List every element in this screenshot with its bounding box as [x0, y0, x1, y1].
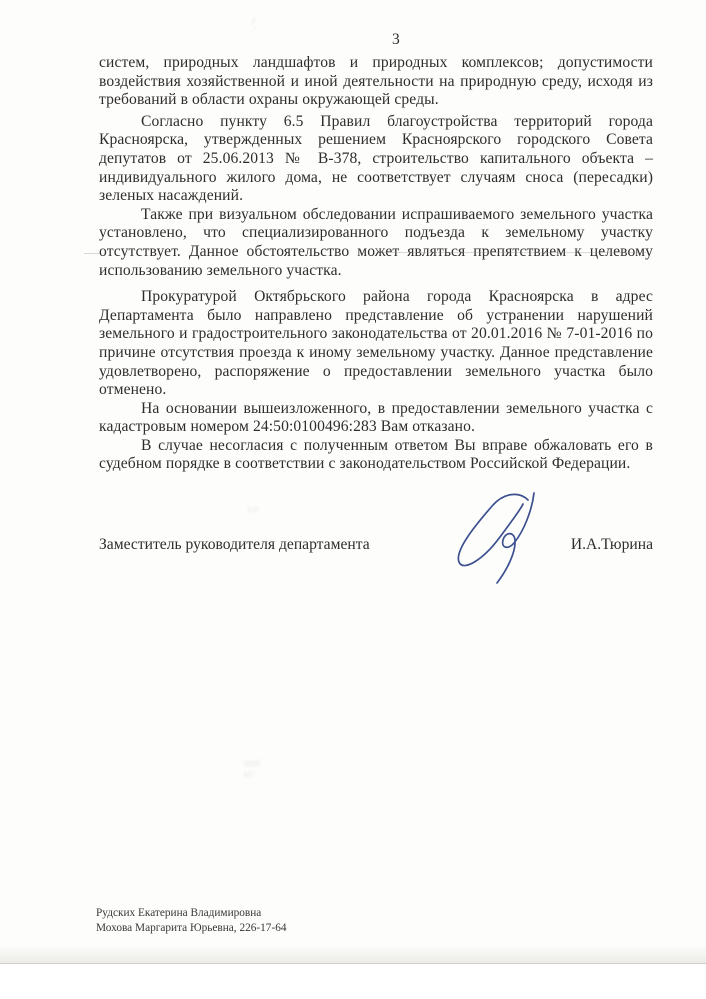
scan-line-artifact	[378, 252, 646, 253]
scan-smudge: г,о	[248, 504, 258, 515]
signature-descender-stroke	[497, 493, 534, 583]
executor-name-2-phone: Мохова Маргарита Юрьевна, 226-17-64	[96, 921, 287, 936]
letter-paragraph: В случае несогласия с полученным ответом…	[99, 437, 653, 474]
letter-paragraph: На основании вышеизложенного, в предоста…	[99, 400, 653, 437]
executor-footer: Рудских Екатерина Владимировна Мохова Ма…	[96, 906, 287, 935]
letter-paragraph: систем, природных ландшафтов и природных…	[99, 54, 653, 110]
scan-page-edge	[0, 945, 706, 964]
page-number: 3	[392, 31, 400, 49]
signature-loop-stroke	[458, 494, 528, 565]
handwritten-signature-icon	[443, 486, 548, 598]
letter-paragraph: Согласно пункту 6.5 Правил благоустройст…	[99, 113, 653, 206]
scan-smudge: шш̇ьг:	[244, 758, 259, 780]
executor-name-1: Рудских Екатерина Владимировна	[96, 906, 287, 921]
letter-paragraph: Прокуратурой Октябрьского района города …	[99, 288, 653, 400]
scan-line-artifact	[84, 253, 99, 254]
scan-smudge: з̇·ˇ	[249, 16, 259, 39]
scan-background	[0, 964, 706, 999]
signer-position-title: Заместитель руководителя департамента	[99, 536, 370, 554]
letter-body: систем, природных ландшафтов и природных…	[99, 54, 653, 474]
signer-name: И.А.Тюрина	[571, 536, 653, 554]
scanned-letter-page: 3 систем, природных ландшафтов и природн…	[0, 0, 706, 999]
signature-block: Заместитель руководителя департамента И.…	[99, 536, 653, 554]
letter-paragraph: Также при визуальном обследовании испраш…	[99, 206, 653, 280]
